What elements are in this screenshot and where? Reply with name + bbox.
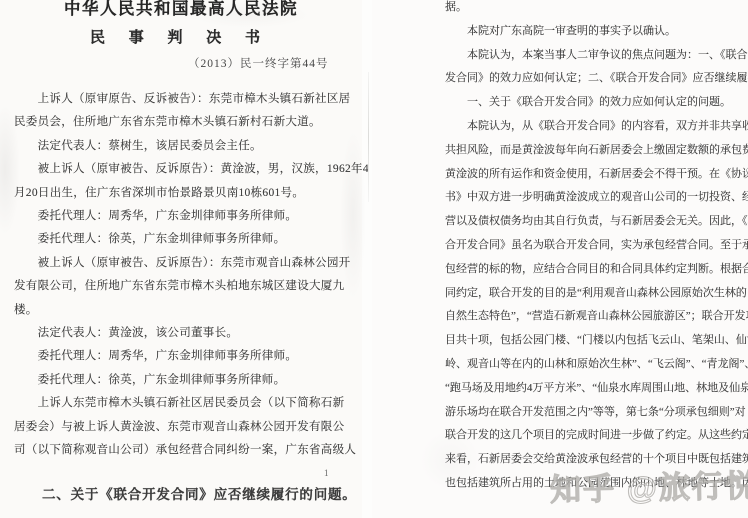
document-line: 营以及债权债务均由其自行负责，与石新居委会无关。因此，《联	[445, 210, 747, 234]
document-line: 目共十项，包括公园门楼、“门楼以内包括飞云山、笔架山、仙宫	[445, 329, 747, 353]
document-line: 联合开发的这几个项目的完成时间进一步做了约定。从这些约定	[445, 424, 747, 448]
document-line: 黄淦波的所有运作和资金使用，石新居委会不得干预。在《协议	[445, 163, 747, 187]
document-line: 共担风险，而是黄淦波每年向石新居委会上缴固定数额的承包费，	[445, 139, 747, 163]
document-line: 本院认为，从《联合开发合同》的内容看，双方并非共享收益、	[445, 115, 747, 139]
document-line: 月20日出生，住广东省深圳市怡景路景贝南10栋601号。	[14, 182, 356, 205]
document-line: 发有限公司，住所地广东省东莞市樟木头柏地东城区建设大厦九	[14, 275, 356, 298]
case-number: （2013）民一终字第44号	[188, 55, 329, 71]
document-line: 居委会）与被上诉人黄淦波、东莞市观音山森林公园开发有限公	[14, 416, 356, 439]
page-number: 1	[324, 468, 329, 478]
document-line: 本院对广东高院一审查明的事实予以确认。	[445, 20, 747, 44]
zhihu-watermark: 知乎 @旅行悦游	[550, 459, 748, 509]
document-line: 自然生态特色”，“营造石新观音山森林公园旅游区”；联合开发项	[445, 305, 747, 329]
document-line: 委托代理人：周秀华，广东金圳律师事务所律师。	[14, 205, 356, 228]
document-line: 本院认为，本案当事人二审争议的焦点问题为：一、《联合开	[445, 44, 747, 68]
document-line: 委托代理人：徐英，广东金圳律师事务所律师。	[14, 228, 356, 251]
document-scan: 中华人民共和国最高人民法院 民 事 判 决 书 （2013）民一终字第44号 上…	[0, 0, 748, 518]
section-heading-fragment: 二、关于《联合开发合同》应否继续履行的问题。	[42, 483, 357, 503]
judgment-body-right: 据。 本院对广东高院一审查明的事实予以确认。 本院认为，本案当事人二审争议的焦点…	[445, 0, 747, 496]
document-line: 被上诉人（原审被告、反诉原告）：黄淦波，男，汉族，1962年4	[14, 158, 356, 181]
document-line: 上诉人东莞市樟木头镇石新社区居民委员会（以下简称石新	[14, 392, 356, 415]
document-line: 司（以下简称观音山公司）承包经营合同纠纷一案，广东省高级人	[14, 439, 356, 462]
judgment-body-left: 上诉人（原审原告、反诉被告）：东莞市樟木头镇石新社区居民委员会，住所地广东省东莞…	[14, 88, 356, 463]
document-line: 民委员会，住所地广东省东莞市樟木头镇石新村石新大道。	[14, 111, 356, 134]
document-line: 据。	[445, 0, 747, 20]
document-line: 一、关于《联合开发合同》的效力应如何认定的问题。	[445, 91, 747, 115]
document-line: 发合同》的效力应如何认定；二、《联合开发合同》应否继续履行。	[445, 67, 747, 91]
page-fold-line	[368, 72, 369, 202]
document-line: 被上诉人（原审被告、反诉原告）：东莞市观音山森林公园开	[14, 252, 356, 275]
document-line: 楼。	[14, 299, 356, 322]
document-line: 同约定，联合开发的目的是“利用观音山森林公园原始次生林的	[445, 282, 747, 306]
document-line: 合开发合同》虽名为联合开发合同，实为承包经营合同。至于承	[445, 234, 747, 258]
judgment-page-1: 中华人民共和国最高人民法院 民 事 判 决 书 （2013）民一终字第44号 上…	[0, 0, 362, 518]
court-name: 中华人民共和国最高人民法院	[0, 0, 362, 19]
document-line: 法定代表人：蔡树生，该居民委员会主任。	[14, 135, 356, 158]
document-line: 游乐场均在联合开发范围之内”等等，第七条“分项承包细则”对	[445, 401, 747, 425]
document-line: 法定代表人：黄淦波，该公司董事长。	[14, 322, 356, 345]
document-line: 包经营的标的物，应结合合同目的和合同具体约定判断。根据合	[445, 258, 747, 282]
document-line: 委托代理人：徐英，广东金圳律师事务所律师。	[14, 369, 356, 392]
document-line: 岭、观音山等在内的山林和原始次生林”、“飞云阁”、“青龙阁”、	[445, 353, 747, 377]
document-type-title: 民 事 判 决 书	[0, 26, 350, 47]
document-line: “跑马场及用地约4万平方米”、“仙泉水库周围山地、林地及仙泉	[445, 377, 747, 401]
document-line: 上诉人（原审原告、反诉被告）：东莞市樟木头镇石新社区居	[14, 88, 356, 111]
document-line: 书》中双方进一步明确黄淦波成立的观音山公司的一切投资、经	[445, 186, 747, 210]
document-line: 委托代理人：周秀华，广东金圳律师事务所律师。	[14, 345, 356, 368]
